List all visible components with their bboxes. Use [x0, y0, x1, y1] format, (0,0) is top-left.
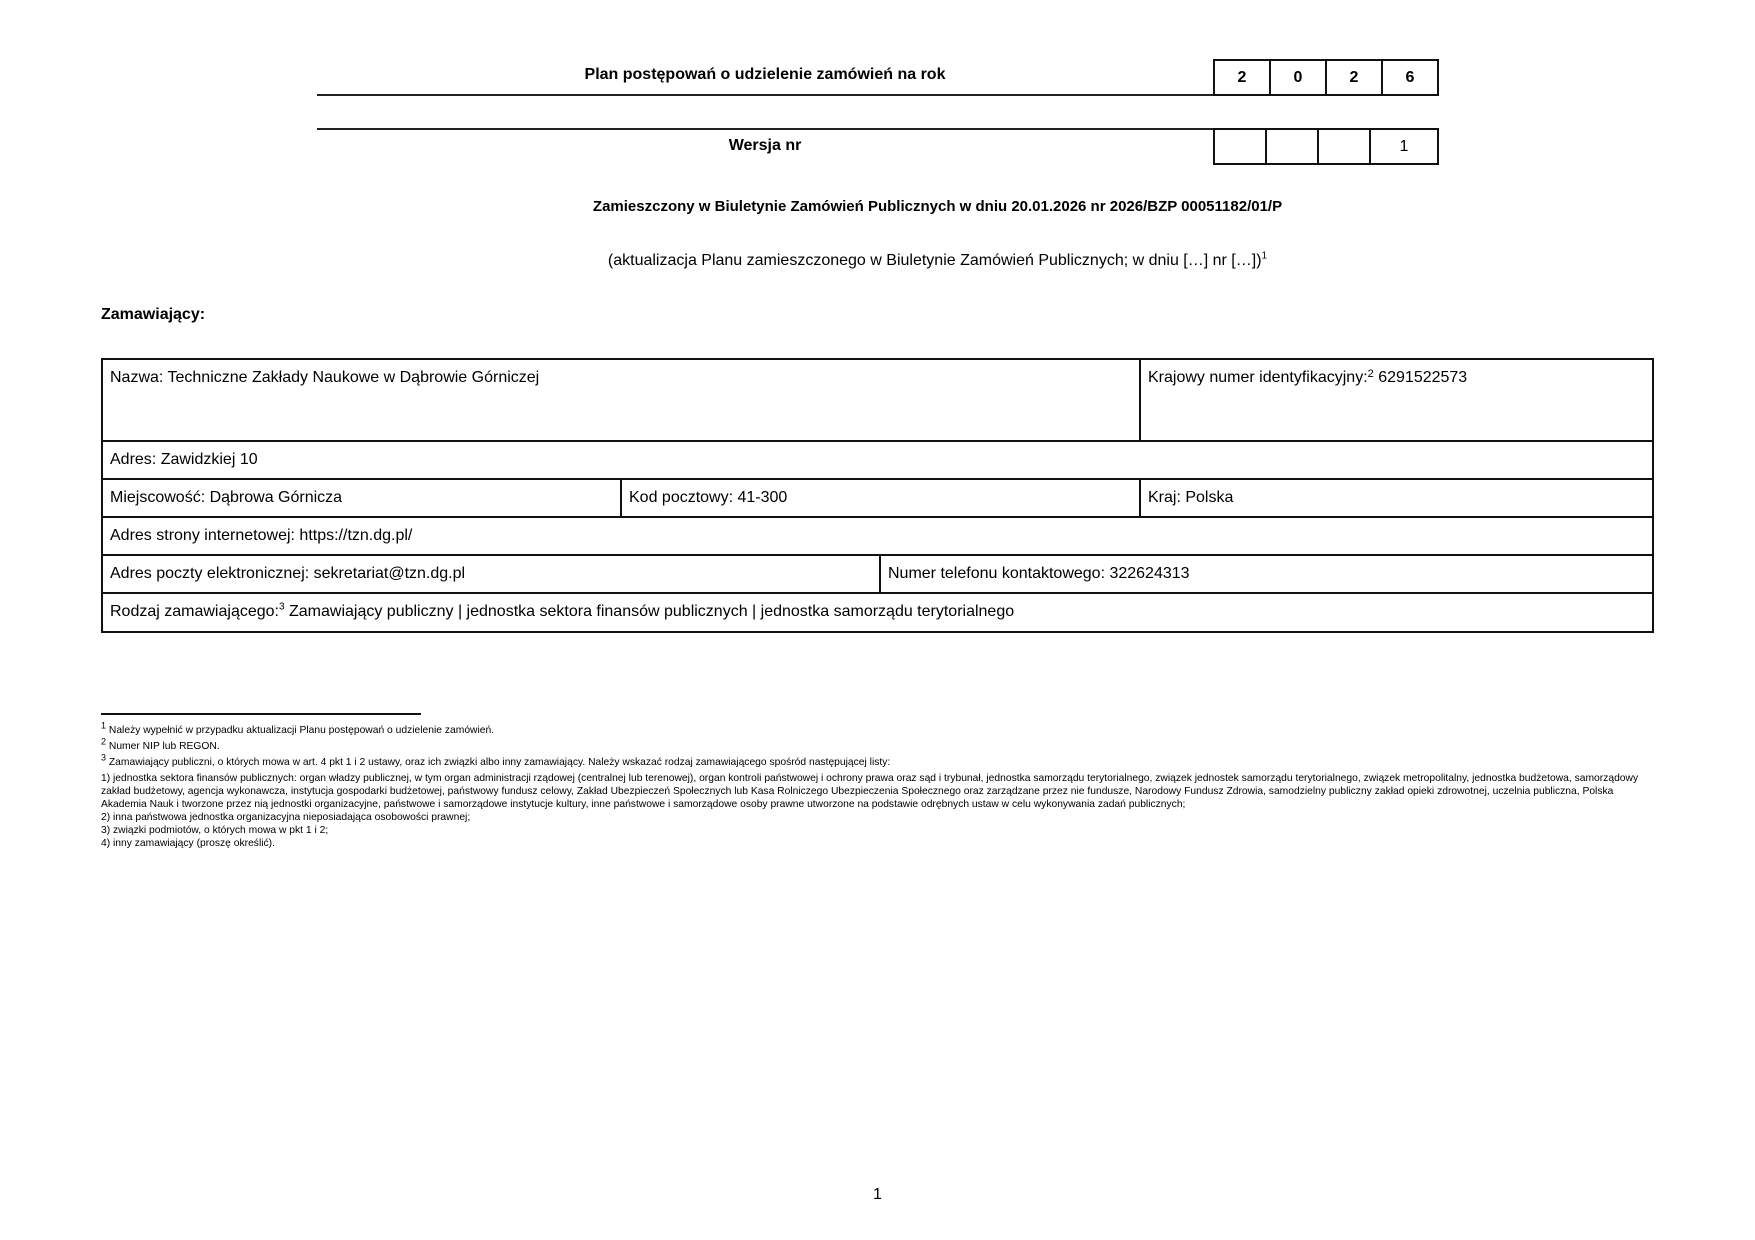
publication-info: Zamieszczony w Biuletynie Zamówień Publi… — [60, 198, 1755, 215]
title-underline — [317, 94, 1213, 96]
footnote-ref: 2 — [1368, 368, 1374, 380]
footnote-list-item: 2) inna państwowa jednostka organizacyjn… — [101, 811, 1661, 824]
year-digit: 2 — [1327, 61, 1383, 94]
country-cell: Kraj: Polska — [1139, 480, 1652, 516]
postal-code-cell: Kod pocztowy: 41-300 — [620, 480, 1139, 516]
footnote-text: Numer NIP lub REGON. — [109, 741, 220, 752]
national-id-label: Krajowy numer identyfikacyjny: — [1148, 369, 1368, 386]
year-digit: 2 — [1215, 61, 1271, 94]
table-row: Rodzaj zamawiającego:3 Zamawiający publi… — [103, 592, 1652, 631]
contracting-authority-table: Nazwa: Techniczne Zakłady Naukowe w Dąbr… — [101, 358, 1654, 633]
footnote-ref: 1 — [1262, 251, 1268, 262]
plan-title: Plan postępowań o udzielenie zamówień na… — [317, 66, 1213, 84]
city-cell: Miejscowość: Dąbrowa Górnicza — [103, 480, 620, 516]
website-cell: Adres strony internetowej: https://tzn.d… — [103, 518, 1652, 554]
footnote-list-item: 4) inny zamawiający (proszę określić). — [101, 837, 1661, 850]
authority-type-value: Zamawiający publiczny | jednostka sektor… — [289, 603, 1014, 620]
version-label: Wersja nr — [317, 137, 1213, 155]
footnote-number: 3 — [101, 753, 106, 763]
year-digit: 0 — [1271, 61, 1327, 94]
update-note-text: (aktualizacja Planu zamieszczonego w Biu… — [608, 252, 1262, 269]
address-cell: Adres: Zawidzkiej 10 — [103, 442, 1652, 478]
name-cell: Nazwa: Techniczne Zakłady Naukowe w Dąbr… — [103, 360, 1139, 440]
table-row: Adres poczty elektronicznej: sekretariat… — [103, 554, 1652, 592]
year-box: 2 0 2 6 — [1213, 59, 1439, 96]
authority-type-label: Rodzaj zamawiającego: — [110, 603, 279, 620]
footnote-number: 2 — [101, 737, 106, 747]
table-row: Miejscowość: Dąbrowa Górnicza Kod poczto… — [103, 478, 1652, 516]
table-row: Nazwa: Techniczne Zakłady Naukowe w Dąbr… — [103, 360, 1652, 440]
section-label-contracting-authority: Zamawiający: — [101, 306, 205, 324]
national-id-value: 6291522573 — [1378, 369, 1467, 386]
year-digit: 6 — [1383, 61, 1437, 94]
table-row: Adres strony internetowej: https://tzn.d… — [103, 516, 1652, 554]
version-digit: 1 — [1371, 130, 1437, 163]
footnote-text: Zamawiający publiczni, o których mowa w … — [109, 757, 890, 768]
footnote-list-item: 1) jednostka sektora finansów publicznyc… — [101, 772, 1661, 811]
footnote-number: 1 — [101, 721, 106, 731]
phone-cell: Numer telefonu kontaktowego: 322624313 — [879, 556, 1652, 592]
version-digit — [1215, 130, 1267, 163]
version-digit — [1267, 130, 1319, 163]
authority-type-cell: Rodzaj zamawiającego:3 Zamawiający publi… — [103, 594, 1652, 631]
version-overline — [317, 128, 1213, 130]
email-cell: Adres poczty elektronicznej: sekretariat… — [103, 556, 879, 592]
national-id-cell: Krajowy numer identyfikacyjny:2 62915225… — [1139, 360, 1652, 440]
version-box: 1 — [1213, 128, 1439, 165]
table-row: Adres: Zawidzkiej 10 — [103, 440, 1652, 478]
page-number: 1 — [0, 1186, 1755, 1204]
version-digit — [1319, 130, 1371, 163]
footnote: 2 Numer NIP lub REGON. — [101, 740, 1661, 753]
footnote: 3 Zamawiający publiczni, o których mowa … — [101, 756, 1661, 769]
footnote-list-item: 3) związki podmiotów, o których mowa w p… — [101, 824, 1661, 837]
footnote-text: Należy wypełnić w przypadku aktualizacji… — [109, 725, 494, 736]
update-note: (aktualizacja Planu zamieszczonego w Biu… — [60, 252, 1755, 270]
footnote-separator — [101, 713, 421, 715]
footnote: 1 Należy wypełnić w przypadku aktualizac… — [101, 724, 1661, 737]
footnotes: 1 Należy wypełnić w przypadku aktualizac… — [101, 724, 1661, 850]
footnote-ref: 3 — [279, 602, 285, 613]
